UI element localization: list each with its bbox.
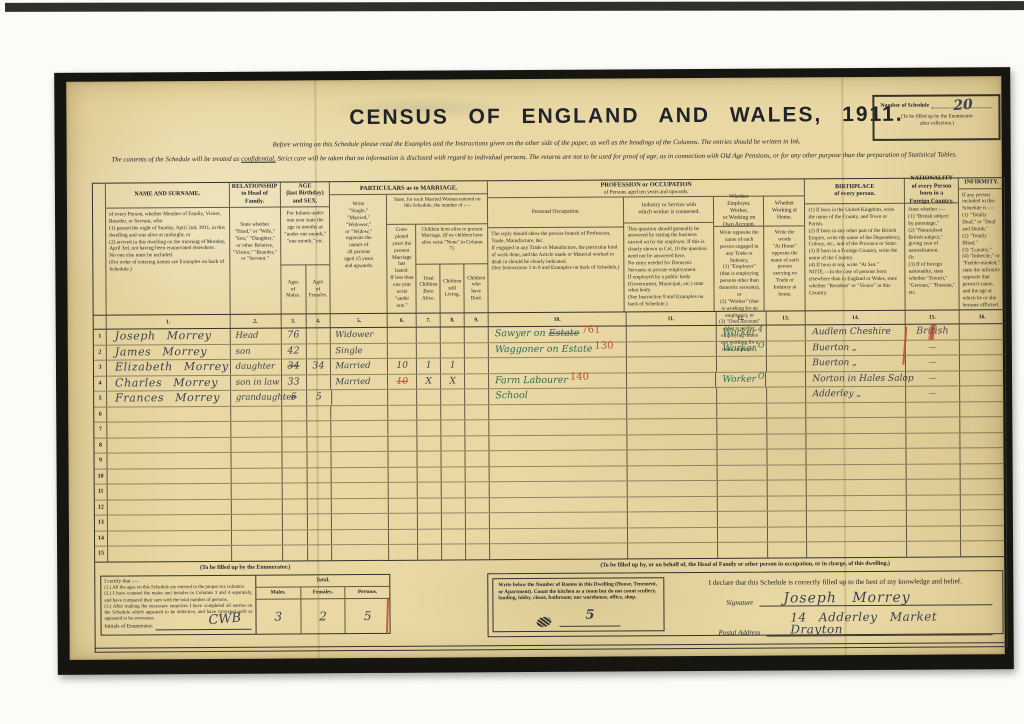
cell-occupation <box>490 482 628 497</box>
cell-marriage-status <box>332 468 389 483</box>
cell-nationality <box>907 495 961 510</box>
lower-section: (To be filled up by the Enumerator.) I c… <box>95 557 1007 653</box>
cell-name <box>108 468 232 483</box>
signature-value: Joseph Morrey <box>759 590 992 606</box>
cell-employer-worker: WorkerO <box>716 372 766 387</box>
col-desc: Write the words "At Home" opposite the n… <box>765 226 806 310</box>
cell-name: Elizabeth Morrey <box>107 360 231 375</box>
cell-marriage-status <box>332 452 389 467</box>
cell-marriage-years <box>389 452 418 467</box>
married-woman-note: State, for each Married Woman entered on… <box>387 194 487 225</box>
cell-relationship <box>231 437 282 452</box>
table-body: 1 Joseph Morrey Head 76 Widower Sawyer o… <box>94 324 1006 562</box>
cell-age-male <box>282 453 307 468</box>
col-title: RELATIONSHIP to Head of Family. <box>230 183 280 208</box>
row-number: 10 <box>95 469 108 484</box>
cell-birthplace: Buerton „ <box>806 340 906 355</box>
cell-relationship <box>231 468 282 483</box>
column-number: 9. <box>465 313 489 326</box>
cell-children-living <box>441 327 465 342</box>
row-number: 1 <box>94 330 107 345</box>
totals-persons-value: 5 <box>346 599 390 633</box>
instruction-text: Strict care will be taken that no inform… <box>276 151 957 162</box>
cell-occupation <box>489 357 627 372</box>
row-number: 13 <box>95 516 108 531</box>
cell-children-died <box>465 358 489 373</box>
cell-employer-worker <box>717 465 767 480</box>
cell-infirmity <box>961 479 1006 494</box>
cell-marriage-years <box>389 405 418 420</box>
col-desc: State whether "Head," or "Wife," "Son," … <box>230 208 281 314</box>
cell-occupation: Farm Labourer140 <box>489 373 627 388</box>
cell-marriage-status <box>332 436 389 451</box>
cell-birthplace <box>807 402 907 417</box>
cell-nationality <box>907 511 961 526</box>
col-title-ages-males: Ages of Males. <box>281 265 306 313</box>
cell-children-living <box>441 389 465 404</box>
cell-infirmity <box>961 541 1006 556</box>
cell-children-living <box>442 452 466 467</box>
cell-nationality: — <box>906 386 960 401</box>
cell-age-male <box>282 437 307 452</box>
cell-working-at-home <box>767 403 807 418</box>
col-desc: The reply should show the precise branch… <box>488 227 624 312</box>
cell-industry <box>627 403 717 418</box>
row-number: 6 <box>94 407 107 422</box>
schedule-number-label: Number of Schedule <box>880 103 929 109</box>
cell-occupation <box>490 466 628 481</box>
cell-children-died <box>466 482 490 497</box>
cell-industry <box>628 543 718 558</box>
declaration-right: I declare that this Schedule is correctl… <box>668 571 1002 635</box>
children-note: Children born alive to present Marriage.… <box>417 224 488 265</box>
cell-working-at-home <box>766 372 806 387</box>
cell-working-at-home <box>767 449 807 464</box>
cell-children-living: X <box>441 374 465 389</box>
row-number: 15 <box>95 547 108 562</box>
cell-infirmity <box>960 433 1005 448</box>
cell-employer-worker <box>717 434 767 449</box>
column-number: 2. <box>230 315 281 328</box>
cell-industry <box>627 434 717 449</box>
cell-children-born <box>417 390 441 405</box>
column-number: 13. <box>766 311 806 324</box>
certify-item-2: (2.) I have counted the males and female… <box>104 591 252 604</box>
cell-children-died <box>465 327 489 342</box>
cell-children-born <box>418 483 442 498</box>
cell-employer-worker <box>718 527 768 542</box>
cell-working-at-home <box>768 543 808 558</box>
cell-infirmity <box>960 340 1005 355</box>
cell-occupation: Waggoner on Estate130 <box>489 342 627 357</box>
cell-nationality <box>907 464 961 479</box>
cell-children-born <box>418 498 442 513</box>
cell-children-born <box>418 452 442 467</box>
cell-name <box>108 515 232 530</box>
cell-children-born <box>417 405 441 420</box>
cell-working-at-home <box>767 418 807 433</box>
column-number: 7. <box>417 314 441 327</box>
schedule-number-value: 20 <box>952 97 973 114</box>
cell-children-born <box>418 529 442 544</box>
totals-females-value: 2 <box>301 599 346 633</box>
cell-marriage-years <box>389 529 418 544</box>
cell-infirmity <box>961 510 1006 525</box>
enumerator-box: I certify that :— (1.) All the ages on t… <box>100 574 390 636</box>
col-title-children-born: Total Children Born Alive. <box>417 265 441 313</box>
cell-marriage-status <box>332 483 389 498</box>
cell-children-living: 1 <box>441 358 465 373</box>
cell-age-female <box>307 437 332 452</box>
cell-marriage-years <box>389 436 418 451</box>
row-number: 9 <box>94 454 107 469</box>
column-number-blank <box>94 316 107 329</box>
cell-children-living <box>442 498 466 513</box>
row-number: 14 <box>95 531 108 546</box>
cell-marriage-status <box>332 405 389 420</box>
cell-occupation <box>490 497 628 512</box>
cell-age-female <box>307 452 332 467</box>
col-title: NAME AND SURNAME. <box>106 183 229 209</box>
enumerator-heading: (To be filled up by the Enumerator.) <box>100 564 390 572</box>
schedule-number-box: Number of Schedule 20 (To be filled up b… <box>872 94 1000 141</box>
col-title-children-died: Children who have Died. <box>465 264 488 312</box>
rooms-box: Write below the Number of Rooms in this … <box>492 577 664 632</box>
page-title: CENSUS OF ENGLAND AND WALES, 1911. <box>306 102 946 130</box>
cell-children-died <box>466 498 490 513</box>
column-number: 16. <box>960 310 1005 323</box>
cell-name <box>108 500 232 515</box>
col-desc: For Infants under one year state the age… <box>281 207 330 264</box>
col-head-infirmity: INFIRMITY. If any person included in thi… <box>959 178 1005 309</box>
column-number: 8. <box>441 313 465 326</box>
cell-children-born <box>418 514 442 529</box>
declaration-box: Write below the Number of Rooms in this … <box>487 570 1003 637</box>
cell-name <box>107 453 231 468</box>
declaration-statement: I declare that this Schedule is correctl… <box>678 577 992 587</box>
cell-nationality: British <box>906 324 960 339</box>
cell-age-male: 42 <box>281 344 306 359</box>
cell-birthplace: Adderley „ <box>807 387 907 402</box>
cell-children-died <box>465 374 489 389</box>
totals-males-value: 3 <box>256 599 301 633</box>
cell-children-died <box>466 529 490 544</box>
row-number: 11 <box>95 485 108 500</box>
totals-males-label: Males. <box>256 587 301 598</box>
census-sheet: CENSUS OF ENGLAND AND WALES, 1911. Numbe… <box>66 76 1005 660</box>
cell-nationality: — <box>906 340 960 355</box>
cell-occupation <box>490 451 628 466</box>
cell-children-born <box>418 467 442 482</box>
cell-children-born: X <box>417 374 441 389</box>
cell-nationality <box>907 417 961 432</box>
totals-title: Total. <box>256 575 389 588</box>
cell-working-at-home <box>768 527 808 542</box>
cell-name <box>108 531 232 546</box>
cell-relationship <box>231 499 282 514</box>
cell-infirmity <box>961 526 1006 541</box>
group-title-marriage: PARTICULARS as to MARRIAGE. <box>330 181 487 195</box>
cell-name: James Morrey <box>107 344 231 359</box>
cell-infirmity <box>961 464 1006 479</box>
cell-children-died <box>465 420 489 435</box>
cell-nationality <box>907 526 961 541</box>
col-title: NATIONALITY of every Person born in a Fo… <box>905 178 958 203</box>
cell-marriage-years <box>389 545 418 560</box>
cell-occupation <box>490 544 628 559</box>
cell-employer-worker <box>717 357 767 372</box>
cell-employer-worker <box>717 481 767 496</box>
cell-marriage-years: 10 <box>388 374 417 389</box>
cell-age-female <box>307 421 332 436</box>
cell-children-living <box>442 483 466 498</box>
row-number: 12 <box>95 500 108 515</box>
cell-age-male <box>282 421 307 436</box>
cell-name <box>107 406 231 421</box>
instruction-text: The contents of the Schedule will be tre… <box>111 156 241 164</box>
cell-birthplace <box>808 542 908 557</box>
cell-industry <box>628 528 718 543</box>
cell-marriage-status <box>332 499 389 514</box>
col-title: INFIRMITY. <box>959 178 1004 189</box>
col-desc-marriage-years: Com- pleted years the present Marriage h… <box>388 225 417 313</box>
col-desc-marriage-status: Write "Single," "Married," "Widower," or… <box>330 195 387 313</box>
scanned-census-page: CENSUS OF ENGLAND AND WALES, 1911. Numbe… <box>0 0 1024 724</box>
cell-age-male <box>282 406 307 421</box>
confidential-underlined: confidential. <box>241 156 276 163</box>
cell-relationship <box>232 515 283 530</box>
census-form: NAME AND SURNAME. of every Person, wheth… <box>92 177 1008 653</box>
cell-children-died <box>466 436 490 451</box>
cell-nationality: — <box>906 371 960 386</box>
column-number: 5. <box>331 314 388 327</box>
cell-birthplace <box>807 433 907 448</box>
cell-working-at-home <box>766 341 806 356</box>
cell-industry <box>627 419 717 434</box>
column-number: 14. <box>806 311 906 325</box>
row-number: 2 <box>94 345 107 360</box>
cell-employer-worker <box>717 450 767 465</box>
col-head-nationality: NATIONALITY of every Person born in a Fo… <box>905 178 960 309</box>
cell-birthplace <box>807 418 907 433</box>
cell-marriage-years: 10 <box>388 359 417 374</box>
cell-children-died <box>466 467 490 482</box>
column-number: 10. <box>489 312 627 326</box>
cell-children-living <box>442 529 466 544</box>
cell-infirmity <box>960 417 1005 432</box>
row-number: 8 <box>94 438 107 453</box>
cell-relationship: son in law <box>231 375 282 390</box>
cell-age-male <box>282 484 307 499</box>
cell-age-female: 34 <box>306 359 331 374</box>
col-head-age: AGE (last Birthday) and SEX. For Infants… <box>280 182 331 313</box>
column-number: 15. <box>906 310 960 323</box>
declaration-heading: (To be filled up by, or on behalf of, th… <box>487 560 1003 569</box>
cell-employer-worker <box>717 388 767 403</box>
enumerator-certification: I certify that :— (1.) All the ages on t… <box>101 575 255 634</box>
cell-children-living <box>442 467 466 482</box>
cell-working-at-home <box>767 496 807 511</box>
cell-industry <box>627 372 717 387</box>
cell-age-male: 34 <box>282 359 307 374</box>
row-number: 7 <box>94 423 107 438</box>
cell-children-died <box>465 405 489 420</box>
cell-employer-worker <box>717 403 767 418</box>
cell-infirmity <box>960 324 1005 339</box>
cell-relationship: grandaughter <box>231 391 282 406</box>
cell-age-female <box>307 406 332 421</box>
instruction-line-2: The contents of the Schedule will be tre… <box>71 150 998 166</box>
postal-address-value: 14 Adderley Market Drayton <box>766 610 992 636</box>
cell-age-female <box>307 499 332 514</box>
rooms-instructions: Write below the Number of Rooms in this … <box>498 581 658 603</box>
cell-age-female: 5 <box>307 390 332 405</box>
cell-marriage-years <box>389 467 418 482</box>
cell-relationship <box>231 422 282 437</box>
col-head-marriage: PARTICULARS as to MARRIAGE. Write "Singl… <box>330 181 488 313</box>
cell-relationship: son <box>231 344 282 359</box>
cell-age-female <box>306 328 331 343</box>
cell-birthplace <box>807 526 907 541</box>
ink-scribble <box>536 615 553 628</box>
signature-label: Signature <box>678 598 753 606</box>
cell-age-male <box>282 468 307 483</box>
cell-children-born <box>418 436 442 451</box>
cell-children-born <box>417 328 441 343</box>
cell-name: Frances Morrey <box>107 391 231 406</box>
cell-marriage-status <box>333 545 390 560</box>
cell-children-died <box>465 389 489 404</box>
cell-marriage-status: Married <box>331 359 388 374</box>
col-head-occupation: PROFESSION or OCCUPATION of Persons aged… <box>488 179 806 312</box>
cell-marriage-years <box>389 421 418 436</box>
cell-age-female <box>307 483 332 498</box>
cell-occupation <box>490 513 628 528</box>
cell-children-living <box>441 343 465 358</box>
col-desc: of every Person, whether Member of Famil… <box>106 208 229 315</box>
cell-working-at-home <box>767 480 807 495</box>
cell-relationship: Head <box>230 329 281 344</box>
cell-age-male: 5 <box>282 390 307 405</box>
cell-age-male <box>283 530 308 545</box>
cell-age-female <box>307 514 332 529</box>
cell-marriage-years <box>389 390 418 405</box>
cell-relationship <box>231 484 282 499</box>
cell-industry <box>627 341 717 356</box>
cell-marriage-years <box>389 514 418 529</box>
cell-relationship <box>232 530 283 545</box>
cell-birthplace: Audlem Cheshire <box>806 325 906 340</box>
cell-children-died <box>465 343 489 358</box>
cell-children-died <box>466 451 490 466</box>
row-number: 3 <box>94 361 107 376</box>
cell-birthplace <box>807 464 907 479</box>
row-number: 4 <box>94 376 107 391</box>
cell-marriage-years <box>389 498 418 513</box>
cell-occupation <box>489 420 627 435</box>
col-title-industry: Industry or Service with which worker is… <box>624 197 713 223</box>
col-title-ages-females: Ages of Females. <box>306 265 330 313</box>
cell-children-living <box>442 514 466 529</box>
cell-infirmity <box>961 448 1006 463</box>
cell-working-at-home <box>767 465 807 480</box>
col-title: BIRTHPLACE of every person. <box>805 179 904 205</box>
cell-children-born <box>418 545 442 560</box>
cell-employer-worker <box>717 496 767 511</box>
column-number: 11. <box>626 312 716 326</box>
cell-infirmity <box>960 371 1005 386</box>
cell-age-female <box>306 344 331 359</box>
cell-age-male: 76 <box>281 328 306 343</box>
cell-birthplace: Norton in Hales Salop <box>806 371 906 386</box>
col-title-working-at-home: Whether Working at Home. <box>764 196 804 226</box>
cell-employer-worker <box>718 512 768 527</box>
col-head-birthplace: BIRTHPLACE of every person. (1) If born … <box>805 179 906 311</box>
col-desc: If any person included in this Schedule … <box>959 189 1005 312</box>
cell-age-female <box>307 375 332 390</box>
cell-occupation: School <box>489 388 627 403</box>
cell-marriage-status <box>332 530 389 545</box>
cell-working-at-home <box>766 325 806 340</box>
initials-label: Initials of Enumerator. <box>105 623 154 630</box>
column-number: 3. <box>281 314 306 327</box>
cell-nationality: — <box>906 355 960 370</box>
rooms-value: 5 <box>559 607 620 626</box>
cell-children-born <box>417 343 441 358</box>
cell-marriage-status <box>332 514 389 529</box>
col-title-employer-worker: Whether Employer, Worker, or Working on … <box>714 197 763 227</box>
cell-working-at-home <box>767 512 807 527</box>
cell-industry <box>628 497 718 512</box>
cell-children-living <box>442 421 466 436</box>
cell-name: Joseph Morrey <box>107 329 231 344</box>
cell-children-living <box>442 545 466 560</box>
table-header: NAME AND SURNAME. of every Person, wheth… <box>93 177 1005 316</box>
cell-birthplace <box>807 511 907 526</box>
cell-marriage-years <box>389 483 418 498</box>
cell-birthplace: Buerton „ <box>806 356 906 371</box>
cell-marriage-status: Single <box>331 343 388 358</box>
document-edge: CENSUS OF ENGLAND AND WALES, 1911. Numbe… <box>54 67 1014 675</box>
totals-persons-label: Persons. <box>346 587 390 598</box>
cell-infirmity <box>960 355 1005 370</box>
cell-marriage-years <box>388 343 417 358</box>
cell-name <box>108 484 232 499</box>
cell-industry <box>628 481 718 496</box>
cell-employer-worker <box>718 543 768 558</box>
cell-industry <box>627 326 717 341</box>
cell-industry <box>627 357 717 372</box>
cell-age-female <box>307 468 332 483</box>
postal-address-label: Postal Address <box>679 628 761 636</box>
cell-employer-worker: Worker4 <box>716 326 766 341</box>
col-title-children-living: Children still Living. <box>441 265 465 313</box>
cell-age-male <box>282 515 307 530</box>
cell-working-at-home <box>767 387 807 402</box>
cell-age-male <box>283 546 308 561</box>
row-number-column-head <box>93 184 107 315</box>
cell-nationality <box>907 433 961 448</box>
cell-age-female <box>308 545 333 560</box>
cell-children-living <box>441 405 465 420</box>
cell-industry <box>627 388 717 403</box>
cell-marriage-status: Married <box>331 374 388 389</box>
cell-relationship: daughter <box>231 360 282 375</box>
group-subtitle-occupation: of Persons aged ten years and upwards. <box>604 189 689 196</box>
cell-employer-worker: WorkerO <box>716 341 766 356</box>
col-head-name: NAME AND SURNAME. of every Person, wheth… <box>106 183 231 315</box>
cell-nationality <box>906 402 960 417</box>
